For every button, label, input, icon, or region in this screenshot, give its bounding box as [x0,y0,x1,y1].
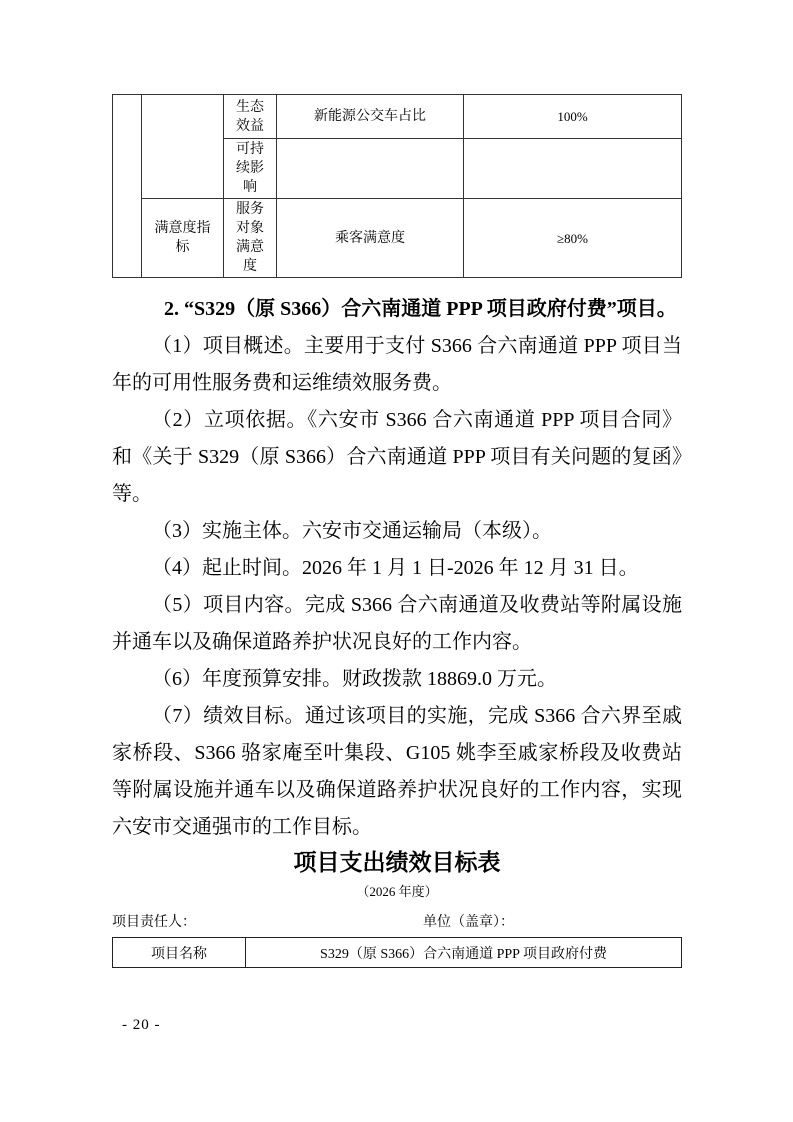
section-body: 2. “S329（原 S366）合六南通道 PPP 项目政府付费”项目。 （1）… [112,291,682,846]
eco-value-cell: 100% [464,95,682,139]
page-number: - 20 - [122,1017,161,1034]
responsible-person-label: 项目责任人： [112,915,196,930]
signature-labels-row: 项目责任人： 单位（盖章）： [112,914,682,932]
sustainable-indicator-empty-cell [277,139,464,199]
paragraph-performance-target: （7）绩效目标。通过该项目的实施，完成 S366 合六界至戚家桥段、S366 骆… [112,698,682,846]
passenger-value-cell: ≥80% [464,199,682,278]
paragraph-time-span: （4）起止时间。2026 年 1 月 1 日-2026 年 12 月 31 日。 [112,550,682,587]
indicator-table: 生态 效益 新能源公交车占比 100% 可持 续影 响 满意度指 标 服务 对象… [112,94,682,278]
table-row: 项目名称 S329（原 S366）合六南通道 PPP 项目政府付费 [113,938,682,968]
table-row: 满意度指 标 服务 对象 满意 度 乘客满意度 ≥80% [113,199,682,278]
paragraph-project-overview: （1）项目概述。主要用于支付 S366 合六南通道 PPP 项目当年的可用性服务… [112,328,682,402]
passenger-indicator-cell: 乘客满意度 [277,199,464,278]
paragraph-project-content: （5）项目内容。完成 S366 合六南通道及收费站等附属设施并通车以及确保道路养… [112,587,682,661]
eco-benefit-label-cell: 生态 效益 [224,95,277,139]
document-page: 生态 效益 新能源公交车占比 100% 可持 续影 响 满意度指 标 服务 对象… [0,0,793,1122]
page-content: 生态 效益 新能源公交车占比 100% 可持 续影 响 满意度指 标 服务 对象… [112,0,682,968]
sustainable-value-empty-cell [464,139,682,199]
table-row: 生态 效益 新能源公交车占比 100% [113,95,682,139]
project-name-label-cell: 项目名称 [113,938,246,968]
unit-seal-label: 单位（盖章）： [423,914,514,932]
target-table-subtitle: （2026 年度） [112,883,682,901]
paragraph-implementing-body: （3）实施主体。六安市交通运输局（本级）。 [112,513,682,550]
spanner-empty-cell [113,95,142,278]
paragraph-approval-basis: （2）立项依据。《六安市 S366 合六南通道 PPP 项目合同》和《关于 S3… [112,402,682,513]
paragraph-annual-budget: （6）年度预算安排。财政拨款 18869.0 万元。 [112,661,682,698]
category-empty-cell [142,95,224,199]
satisfaction-category-cell: 满意度指 标 [142,199,224,278]
project-target-table: 项目名称 S329（原 S366）合六南通道 PPP 项目政府付费 [112,937,682,968]
eco-indicator-cell: 新能源公交车占比 [277,95,464,139]
section-heading: 2. “S329（原 S366）合六南通道 PPP 项目政府付费”项目。 [112,291,682,328]
project-name-value-cell: S329（原 S366）合六南通道 PPP 项目政府付费 [246,938,682,968]
target-table-title: 项目支出绩效目标表 [112,848,682,878]
sustainable-impact-label-cell: 可持 续影 响 [224,139,277,199]
service-object-label-cell: 服务 对象 满意 度 [224,199,277,278]
